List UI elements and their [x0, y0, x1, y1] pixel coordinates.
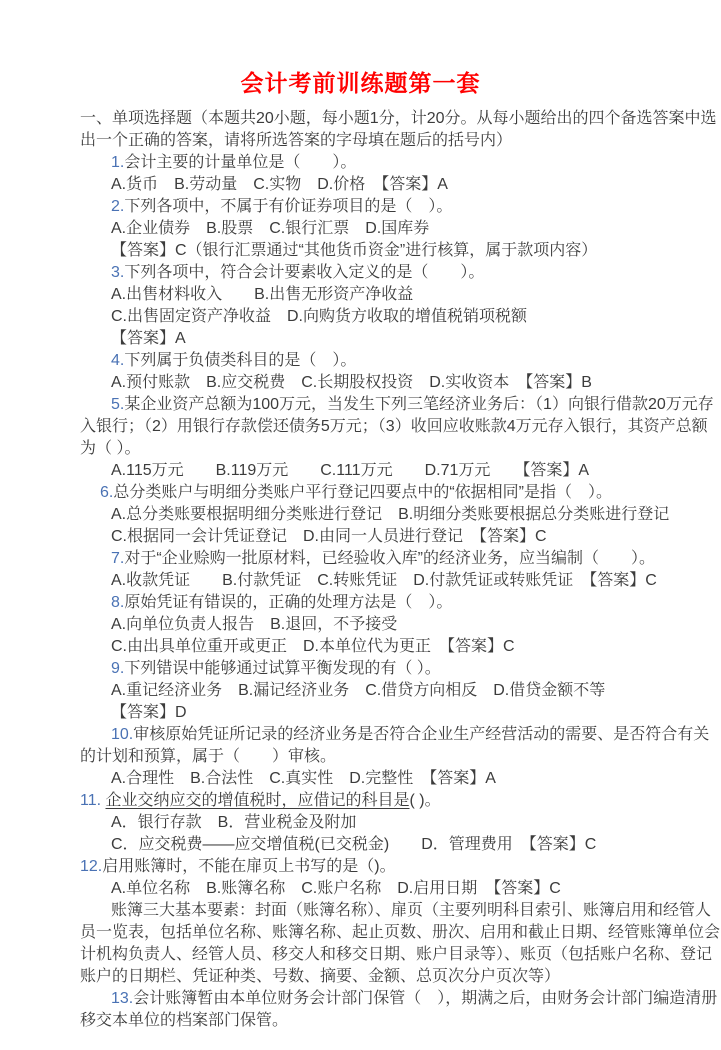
question-number: 7. — [111, 550, 124, 567]
question-number: 4. — [111, 352, 124, 369]
text-line: 为（ ）。 — [80, 438, 649, 460]
text-segment: ( )。 — [410, 792, 441, 809]
text-line: A.出售材料收入 B.出售无形资产净收益 — [80, 284, 649, 306]
text-segment: 会计账簿暂由本单位财务会计部门保管（ ），期满之后，由财务会计部门编造清册 — [133, 990, 717, 1007]
text-segment: 审核原始凭证所记录的经济业务是否符合企业生产经营活动的需要、是否符合有关 — [133, 726, 709, 743]
text-line: 5.某企业资产总额为100万元，当发生下列三笔经济业务后：（1）向银行借款20万… — [80, 394, 649, 416]
text-line: C．应交税费――应交增值税(已交税金) D．管理费用 【答案】C — [80, 834, 649, 856]
question-number: 6. — [100, 484, 113, 501]
text-segment: C.出售固定资产净收益 D.向购货方收取的增值税销项税额 — [111, 308, 527, 325]
text-line: 1.会计主要的计量单位是（ ）。 — [80, 152, 649, 174]
text-line: A.预付账款 B.应交税费 C.长期股权投资 D.实收资本 【答案】B — [80, 372, 649, 394]
text-line: 11. 企业交纳应交的增值税时，应借记的科目是( )。 — [80, 790, 649, 812]
text-line: 计机构负责人、经管人员、移交人和移交日期、账户目录等）、账页（包括账户名称、登记 — [80, 944, 649, 966]
text-segment: 总分类账户与明细分类账户平行登记四要点中的“依据相同”是指（ ）。 — [113, 484, 612, 501]
text-segment: 账户的日期栏、凭证种类、号数、摘要、金额、总页次分户页次等） — [80, 968, 560, 985]
question-number: 1. — [111, 154, 124, 171]
text-segment: 下列错误中能够通过试算平衡发现的有（ ）。 — [124, 660, 440, 677]
text-line: A.单位名称 B.账簿名称 C.账户名称 D.启用日期 【答案】C — [80, 878, 649, 900]
text-line: 移交本单位的档案部门保管。 — [80, 1010, 649, 1032]
text-line: C.根据同一会计凭证登记 D.由同一人员进行登记 【答案】C — [80, 526, 649, 548]
text-line: A．银行存款 B．营业税金及附加 — [80, 812, 649, 834]
text-segment: 下列各项中，不属于有价证券项目的是（ ）。 — [124, 198, 452, 215]
text-segment: A.预付账款 B.应交税费 C.长期股权投资 D.实收资本 【答案】B — [111, 374, 592, 391]
question-number: 2. — [111, 198, 124, 215]
text-segment: 对于“企业赊购一批原材料，已经验收入库”的经济业务，应当编制（ ）。 — [124, 550, 655, 567]
text-segment: 员一览表，包括单位名称、账簿名称、起止页数、册次、启用和截止日期、经管账簿单位会 — [80, 924, 720, 941]
document-body: 一、单项选择题（本题共20小题，每小题1分，计20分。从每小题给出的四个备选答案… — [0, 108, 721, 1032]
text-segment: A.重记经济业务 B.漏记经济业务 C.借贷方向相反 D.借贷金额不等 — [111, 682, 605, 699]
question-number: 11. — [80, 792, 106, 809]
text-line: 8.原始凭证有错误的，正确的处理方法是（ ）。 — [80, 592, 649, 614]
text-line: 账簿三大基本要素：封面（账簿名称）、扉页（主要列明科目索引、账簿启用和经管人 — [80, 900, 649, 922]
text-segment: C.根据同一会计凭证登记 D.由同一人员进行登记 【答案】C — [111, 528, 547, 545]
text-segment: C.由出具单位重开或更正 D.本单位代为更正 【答案】C — [111, 638, 515, 655]
text-line: A.重记经济业务 B.漏记经济业务 C.借贷方向相反 D.借贷金额不等 — [80, 680, 649, 702]
text-segment: 【答案】C（银行汇票通过“其他货币资金”进行核算，属于款项内容） — [111, 242, 597, 259]
question-number: 8. — [111, 594, 124, 611]
text-line: 账户的日期栏、凭证种类、号数、摘要、金额、总页次分户页次等） — [80, 966, 649, 988]
text-line: 员一览表，包括单位名称、账簿名称、起止页数、册次、启用和截止日期、经管账簿单位会 — [80, 922, 649, 944]
text-segment: A.单位名称 B.账簿名称 C.账户名称 D.启用日期 【答案】C — [111, 880, 561, 897]
text-segment: 一、单项选择题（本题共20小题，每小题1分，计20分。从每小题给出的四个备选答案… — [80, 110, 717, 127]
text-line: 【答案】D — [80, 702, 649, 724]
question-number: 5. — [111, 396, 124, 413]
text-line: A.企业债券 B.股票 C.银行汇票 D.国库券 — [80, 218, 649, 240]
text-segment: A.出售材料收入 B.出售无形资产净收益 — [111, 286, 413, 303]
text-segment: 移交本单位的档案部门保管。 — [80, 1012, 288, 1029]
text-line: 【答案】A — [80, 328, 649, 350]
text-segment: A.合理性 B.合法性 C.真实性 D.完整性 【答案】A — [111, 770, 496, 787]
text-segment: A.115万元 B.119万元 C.111万元 D.71万元 【答案】A — [111, 462, 589, 479]
question-number: 9. — [111, 660, 124, 677]
text-line: A.向单位负责人报告 B.退回，不予接受 — [80, 614, 649, 636]
text-line: 12.启用账簿时，不能在扉页上书写的是（)。 — [80, 856, 649, 878]
text-segment: 下列各项中，符合会计要素收入定义的是（ ）。 — [124, 264, 484, 281]
text-line: 【答案】C（银行汇票通过“其他货币资金”进行核算，属于款项内容） — [80, 240, 649, 262]
text-line: A.收款凭证 B.付款凭证 C.转账凭证 D.付款凭证或转账凭证 【答案】C — [80, 570, 649, 592]
text-segment: 某企业资产总额为100万元，当发生下列三笔经济业务后：（1）向银行借款20万元存 — [124, 396, 713, 413]
text-line: 一、单项选择题（本题共20小题，每小题1分，计20分。从每小题给出的四个备选答案… — [80, 108, 649, 130]
question-number: 13. — [111, 990, 133, 1007]
text-line: 4.下列属于负债类科目的是（ ）。 — [80, 350, 649, 372]
text-segment: 【答案】A — [111, 330, 186, 347]
text-segment: A.向单位负责人报告 B.退回，不予接受 — [111, 616, 397, 633]
text-line: 10.审核原始凭证所记录的经济业务是否符合企业生产经营活动的需要、是否符合有关 — [80, 724, 649, 746]
text-segment: 启用账簿时，不能在扉页上书写的是（)。 — [102, 858, 395, 875]
text-line: 的计划和预算，属于（ ）审核。 — [80, 746, 649, 768]
text-line: C.由出具单位重开或更正 D.本单位代为更正 【答案】C — [80, 636, 649, 658]
text-line: 6.总分类账户与明细分类账户平行登记四要点中的“依据相同”是指（ ）。 — [80, 482, 649, 504]
text-segment: 下列属于负债类科目的是（ ）。 — [124, 352, 356, 369]
text-segment: C．应交税费――应交增值税(已交税金) D．管理费用 【答案】C — [111, 836, 596, 853]
text-segment: A.总分类账要根据明细分类账进行登记 B.明细分类账要根据总分类账进行登记 — [111, 506, 669, 523]
text-line: 入银行；（2）用银行存款偿还债务5万元；（3）收回应收账款4万元存入银行，其资产… — [80, 416, 649, 438]
text-line: 3.下列各项中，符合会计要素收入定义的是（ ）。 — [80, 262, 649, 284]
text-line: 7.对于“企业赊购一批原材料，已经验收入库”的经济业务，应当编制（ ）。 — [80, 548, 649, 570]
text-segment: 【答案】D — [111, 704, 187, 721]
text-segment: 会计主要的计量单位是（ ）。 — [124, 154, 356, 171]
text-line: A.总分类账要根据明细分类账进行登记 B.明细分类账要根据总分类账进行登记 — [80, 504, 649, 526]
document-page: 会计考前训练题第一套 一、单项选择题（本题共20小题，每小题1分，计20分。从每… — [0, 0, 721, 1050]
page-title: 会计考前训练题第一套 — [0, 0, 721, 98]
text-segment: A．银行存款 B．营业税金及附加 — [111, 814, 356, 831]
text-line: A.合理性 B.合法性 C.真实性 D.完整性 【答案】A — [80, 768, 649, 790]
text-line: 13.会计账簿暂由本单位财务会计部门保管（ ），期满之后，由财务会计部门编造清册 — [80, 988, 649, 1010]
text-segment: 入银行；（2）用银行存款偿还债务5万元；（3）收回应收账款4万元存入银行，其资产… — [80, 418, 708, 435]
text-line: 2.下列各项中，不属于有价证券项目的是（ ）。 — [80, 196, 649, 218]
text-line: C.出售固定资产净收益 D.向购货方收取的增值税销项税额 — [80, 306, 649, 328]
question-number: 3. — [111, 264, 124, 281]
text-segment: 为（ ）。 — [80, 440, 140, 457]
text-segment: A.企业债券 B.股票 C.银行汇票 D.国库券 — [111, 220, 429, 237]
text-segment: A.货币 B.劳动量 C.实物 D.价格 【答案】A — [111, 176, 448, 193]
text-segment: 账簿三大基本要素：封面（账簿名称）、扉页（主要列明科目索引、账簿启用和经管人 — [111, 902, 711, 919]
text-segment: A.收款凭证 B.付款凭证 C.转账凭证 D.付款凭证或转账凭证 【答案】C — [111, 572, 657, 589]
text-line: A.货币 B.劳动量 C.实物 D.价格 【答案】A — [80, 174, 649, 196]
question-number: 10. — [111, 726, 133, 743]
underlined-text: 企业交纳应交的增值税时，应借记的科目是 — [106, 792, 410, 809]
question-number: 12. — [80, 858, 102, 875]
text-line: A.115万元 B.119万元 C.111万元 D.71万元 【答案】A — [80, 460, 649, 482]
text-line: 出一个正确的答案，请将所选答案的字母填在题后的括号内） — [80, 130, 649, 152]
text-segment: 出一个正确的答案，请将所选答案的字母填在题后的括号内） — [80, 132, 512, 149]
text-segment: 原始凭证有错误的，正确的处理方法是（ ）。 — [124, 594, 452, 611]
text-segment: 计机构负责人、经管人员、移交人和移交日期、账户目录等）、账页（包括账户名称、登记 — [80, 946, 712, 963]
text-line: 9.下列错误中能够通过试算平衡发现的有（ ）。 — [80, 658, 649, 680]
text-segment: 的计划和预算，属于（ ）审核。 — [80, 748, 336, 765]
